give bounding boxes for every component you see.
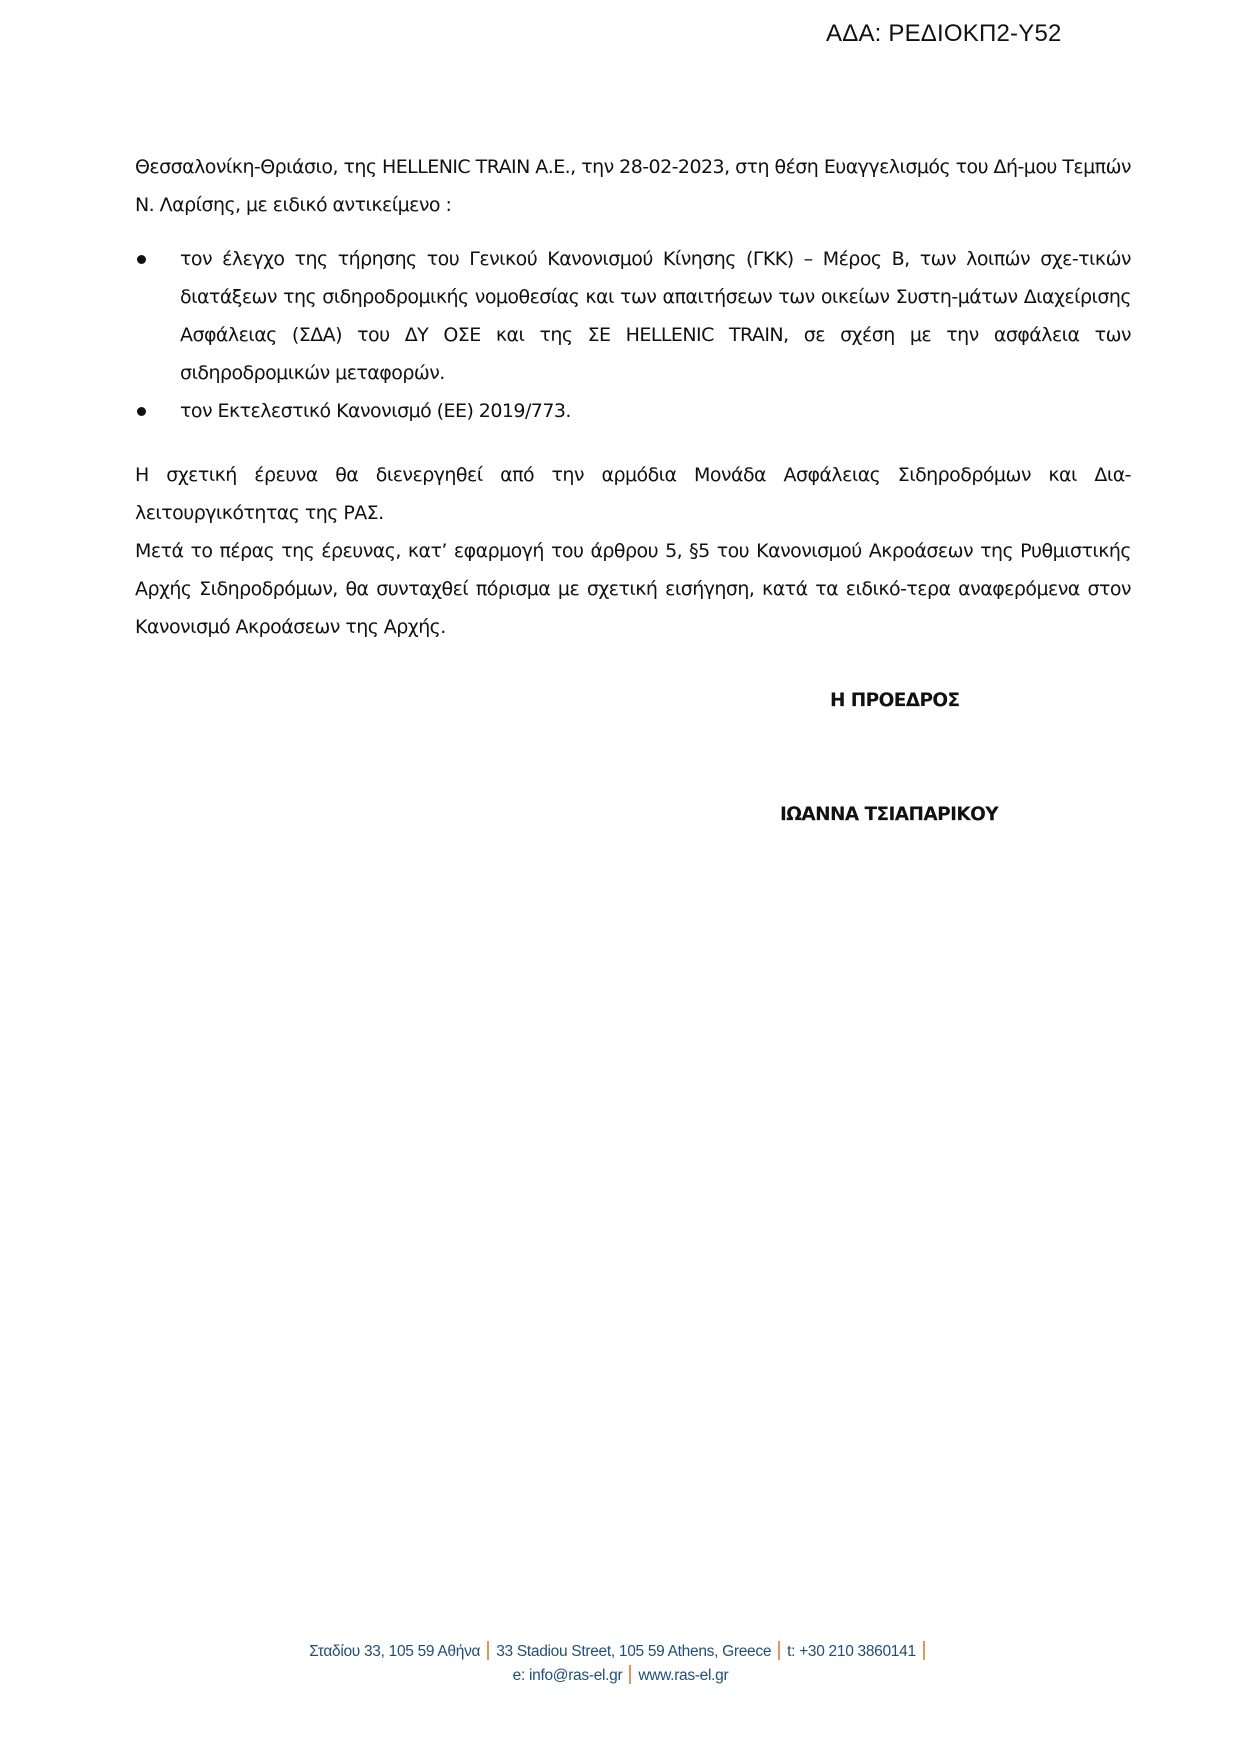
list-item-text: τον Εκτελεστικό Κανονισμό (ΕΕ) 2019/773.: [180, 400, 571, 422]
list-item: τον έλεγχο της τήρησης του Γενικού Κανον…: [135, 240, 1131, 392]
signature-title: Η ΠΡΟΕΔΡΟΣ: [830, 690, 960, 711]
document-page: ΑΔΑ: ΡΕΔΙΟΚΠ2-Υ52 Θεσσαλονίκη-Θριάσιο, τ…: [0, 0, 1241, 1755]
list-item: τον Εκτελεστικό Κανονισμό (ΕΕ) 2019/773.: [135, 392, 1131, 430]
footer-separator: [629, 1665, 631, 1684]
footer-separator: [778, 1641, 780, 1660]
footer-website[interactable]: www.ras-el.gr: [638, 1667, 728, 1684]
footer-separator: [923, 1641, 925, 1660]
investigation-paragraph: Η σχετική έρευνα θα διενεργηθεί από την …: [135, 456, 1131, 532]
signature-name: ΙΩΑΝΝΑ ΤΣΙΑΠΑΡΙΚΟΥ: [780, 804, 998, 825]
findings-paragraph: Μετά το πέρας της έρευνας, κατ’ εφαρμογή…: [135, 532, 1131, 646]
bullet-icon: [137, 407, 146, 416]
footer-line-1: Σταδίου 33, 105 59 Αθήνα33 Stadiou Stree…: [0, 1641, 1241, 1661]
footer-line-2: e: info@ras-el.grwww.ras-el.gr: [0, 1665, 1241, 1685]
intro-paragraph: Θεσσαλονίκη-Θριάσιο, της HELLENIC TRAIN …: [135, 148, 1131, 224]
footer-address-english: 33 Stadiou Street, 105 59 Athens, Greece: [496, 1643, 771, 1660]
footer-separator: [487, 1641, 489, 1660]
footer-phone: t: +30 210 3860141: [787, 1643, 916, 1660]
list-item-text: τον έλεγχο της τήρησης του Γενικού Κανον…: [180, 248, 1131, 384]
bullet-icon: [137, 255, 146, 264]
objective-list: τον έλεγχο της τήρησης του Γενικού Κανον…: [135, 240, 1131, 430]
ada-identifier: ΑΔΑ: ΡΕΔΙΟΚΠ2-Υ52: [826, 20, 1062, 48]
footer-email[interactable]: e: info@ras-el.gr: [513, 1667, 623, 1684]
footer-address-greek: Σταδίου 33, 105 59 Αθήνα: [309, 1643, 480, 1660]
